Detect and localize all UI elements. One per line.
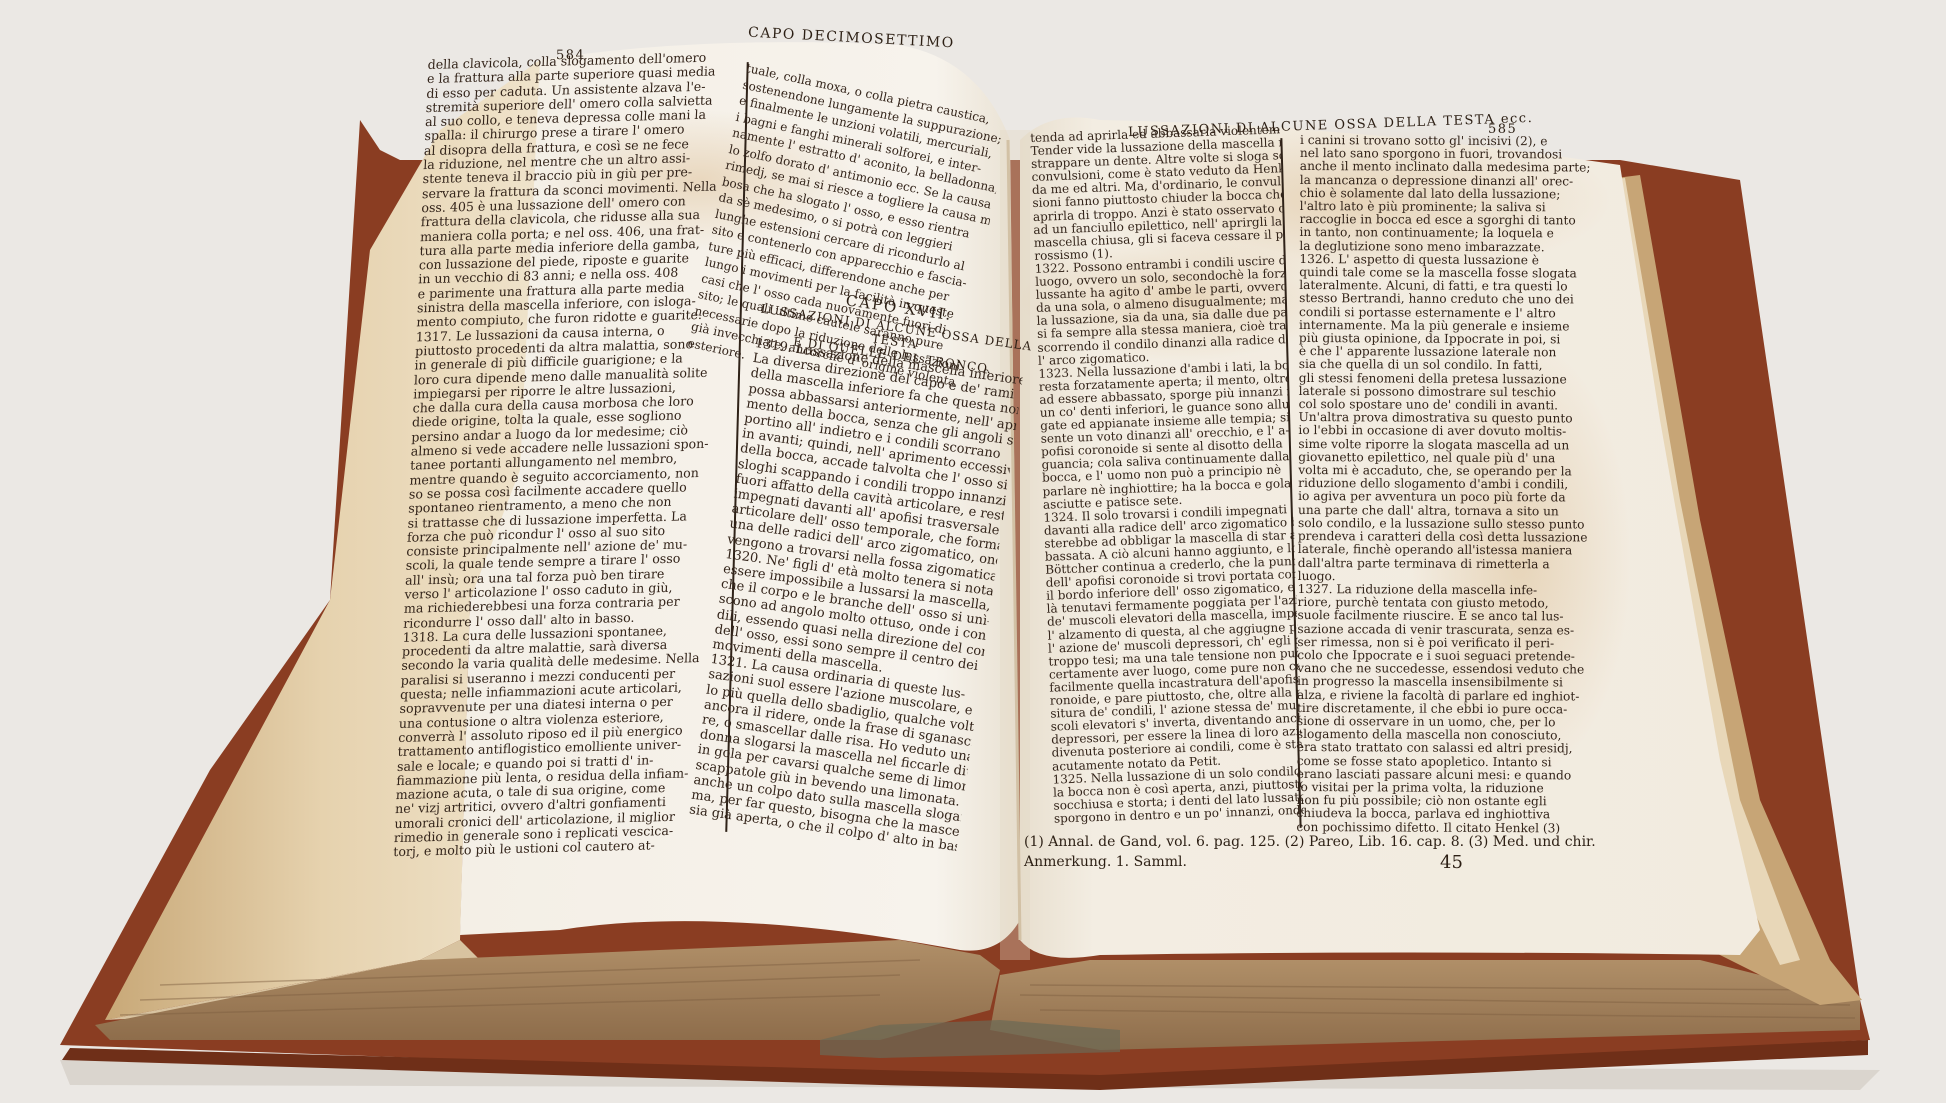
left-page-column-1: della clavicola, colla slogamento dell'o… [393,50,728,860]
right-page-column-2: i canini si trovano sotto gl' incisivi (… [1296,134,1600,835]
signature-mark: 45 [1440,852,1463,873]
footnotes: (1) Annal. de Gand, vol. 6. pag. 125. (2… [1024,832,1596,872]
left-running-head: CAPO DECIMOSETTIMO [748,25,955,52]
book-photo: 584 CAPO DECIMOSETTIMO della clavicola, … [0,0,1946,1103]
right-page-column-1: tenda ad aprirla ed abbassarla violentem… [1030,123,1304,825]
footnote-line-1: (1) Annal. de Gand, vol. 6. pag. 125. (2… [1024,832,1596,852]
book-text: 584 CAPO DECIMOSETTIMO della clavicola, … [0,0,1946,1103]
text-line: dall'altra parte terminava di rimetterla… [1298,556,1598,571]
footnote-line-2: Anmerkung. 1. Samml. [1024,852,1596,872]
